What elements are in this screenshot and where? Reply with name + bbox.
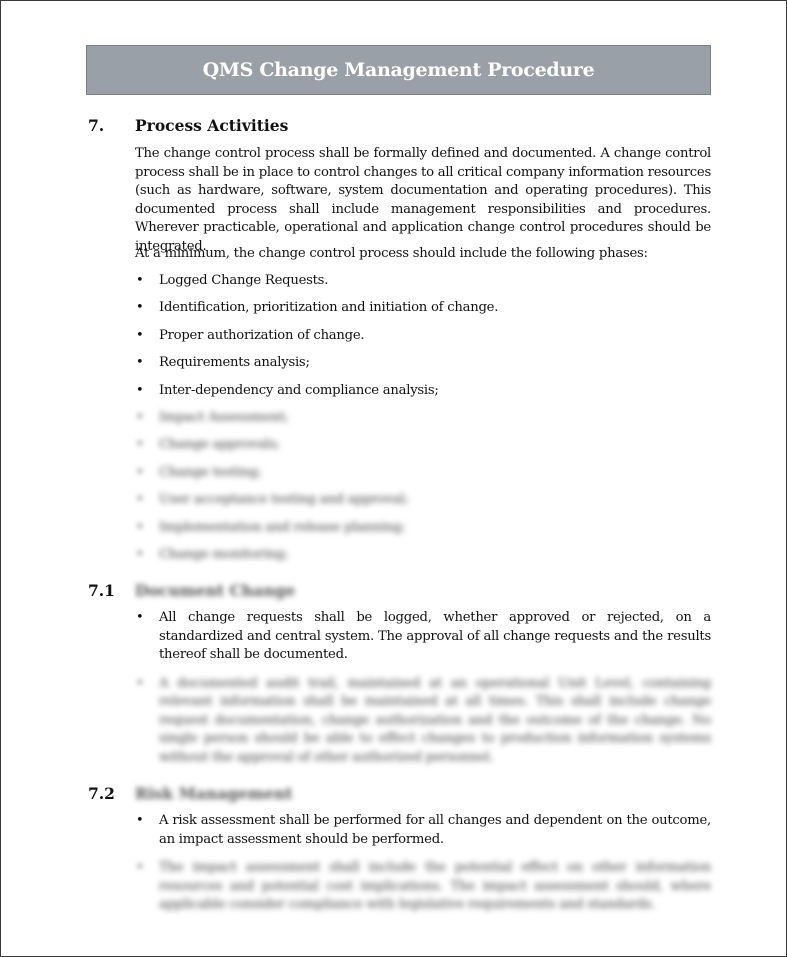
list-item: •Implementation and release planning;: [135, 519, 711, 538]
document-header-banner: QMS Change Management Procedure: [86, 45, 711, 95]
list-item: •Change monitoring;: [135, 546, 711, 565]
section-number: 7.: [88, 116, 135, 135]
phases-list: •Logged Change Requests.•Identification,…: [135, 272, 711, 573]
bullet-icon: •: [136, 436, 143, 455]
bullet-icon: •: [136, 354, 143, 373]
section-title: Risk Management: [135, 784, 293, 803]
section-title: Process Activities: [135, 116, 288, 135]
bullet-icon: •: [136, 409, 143, 428]
section-7-heading: 7. Process Activities: [88, 116, 288, 135]
section-7-1-bullets: •All change requests shall be logged, wh…: [135, 609, 711, 777]
list-item: •Change approvals;: [135, 436, 711, 455]
section-7-2-heading: 7.2 Risk Management: [88, 784, 293, 803]
section-number: 7.2: [88, 784, 135, 803]
list-item-text: Implementation and release planning;: [159, 519, 711, 538]
list-item: •Logged Change Requests.: [135, 272, 711, 291]
list-item-text: The impact assessment shall include the …: [159, 859, 711, 915]
list-item: •Inter-dependency and compliance analysi…: [135, 382, 711, 401]
list-item: •Impact Assessment;: [135, 409, 711, 428]
list-item: •Proper authorization of change.: [135, 327, 711, 346]
list-item: •All change requests shall be logged, wh…: [135, 609, 711, 665]
bullet-icon: •: [136, 519, 143, 538]
list-item: •A documented audit trail, maintained at…: [135, 675, 711, 768]
bullet-icon: •: [136, 812, 143, 831]
list-item-text: All change requests shall be logged, whe…: [159, 609, 711, 665]
list-item-text: Identification, prioritization and initi…: [159, 299, 711, 318]
list-item-text: A documented audit trail, maintained at …: [159, 675, 711, 768]
list-item-text: Proper authorization of change.: [159, 327, 711, 346]
bullet-icon: •: [136, 299, 143, 318]
bullet-icon: •: [136, 464, 143, 483]
list-item-text: Inter-dependency and compliance analysis…: [159, 382, 711, 401]
list-item-text: Impact Assessment;: [159, 409, 711, 428]
bullet-icon: •: [136, 609, 143, 628]
section-7-2-bullets: •A risk assessment shall be performed fo…: [135, 812, 711, 925]
bullet-icon: •: [136, 546, 143, 565]
list-item: •Requirements analysis;: [135, 354, 711, 373]
list-item-text: Change testing;: [159, 464, 711, 483]
list-item-text: Logged Change Requests.: [159, 272, 711, 291]
section-7-lead-in: At a minimum, the change control process…: [135, 245, 711, 264]
bullet-icon: •: [136, 491, 143, 510]
section-7-intro-paragraph: The change control process shall be form…: [135, 145, 711, 256]
list-item-text: Change monitoring;: [159, 546, 711, 565]
list-item-text: A risk assessment shall be performed for…: [159, 812, 711, 849]
list-item: •Change testing;: [135, 464, 711, 483]
list-item-text: Requirements analysis;: [159, 354, 711, 373]
section-number: 7.1: [88, 581, 135, 600]
list-item-text: User acceptance testing and approval;: [159, 491, 711, 510]
list-item: •User acceptance testing and approval;: [135, 491, 711, 510]
list-item: •The impact assessment shall include the…: [135, 859, 711, 915]
bullet-icon: •: [136, 859, 143, 878]
bullet-icon: •: [136, 675, 143, 694]
list-item-text: Change approvals;: [159, 436, 711, 455]
bullet-icon: •: [136, 327, 143, 346]
document-title: QMS Change Management Procedure: [203, 59, 595, 81]
bullet-icon: •: [136, 382, 143, 401]
list-item: •A risk assessment shall be performed fo…: [135, 812, 711, 849]
list-item: •Identification, prioritization and init…: [135, 299, 711, 318]
section-7-1-heading: 7.1 Document Change: [88, 581, 295, 600]
section-title: Document Change: [135, 581, 295, 600]
bullet-icon: •: [136, 272, 143, 291]
